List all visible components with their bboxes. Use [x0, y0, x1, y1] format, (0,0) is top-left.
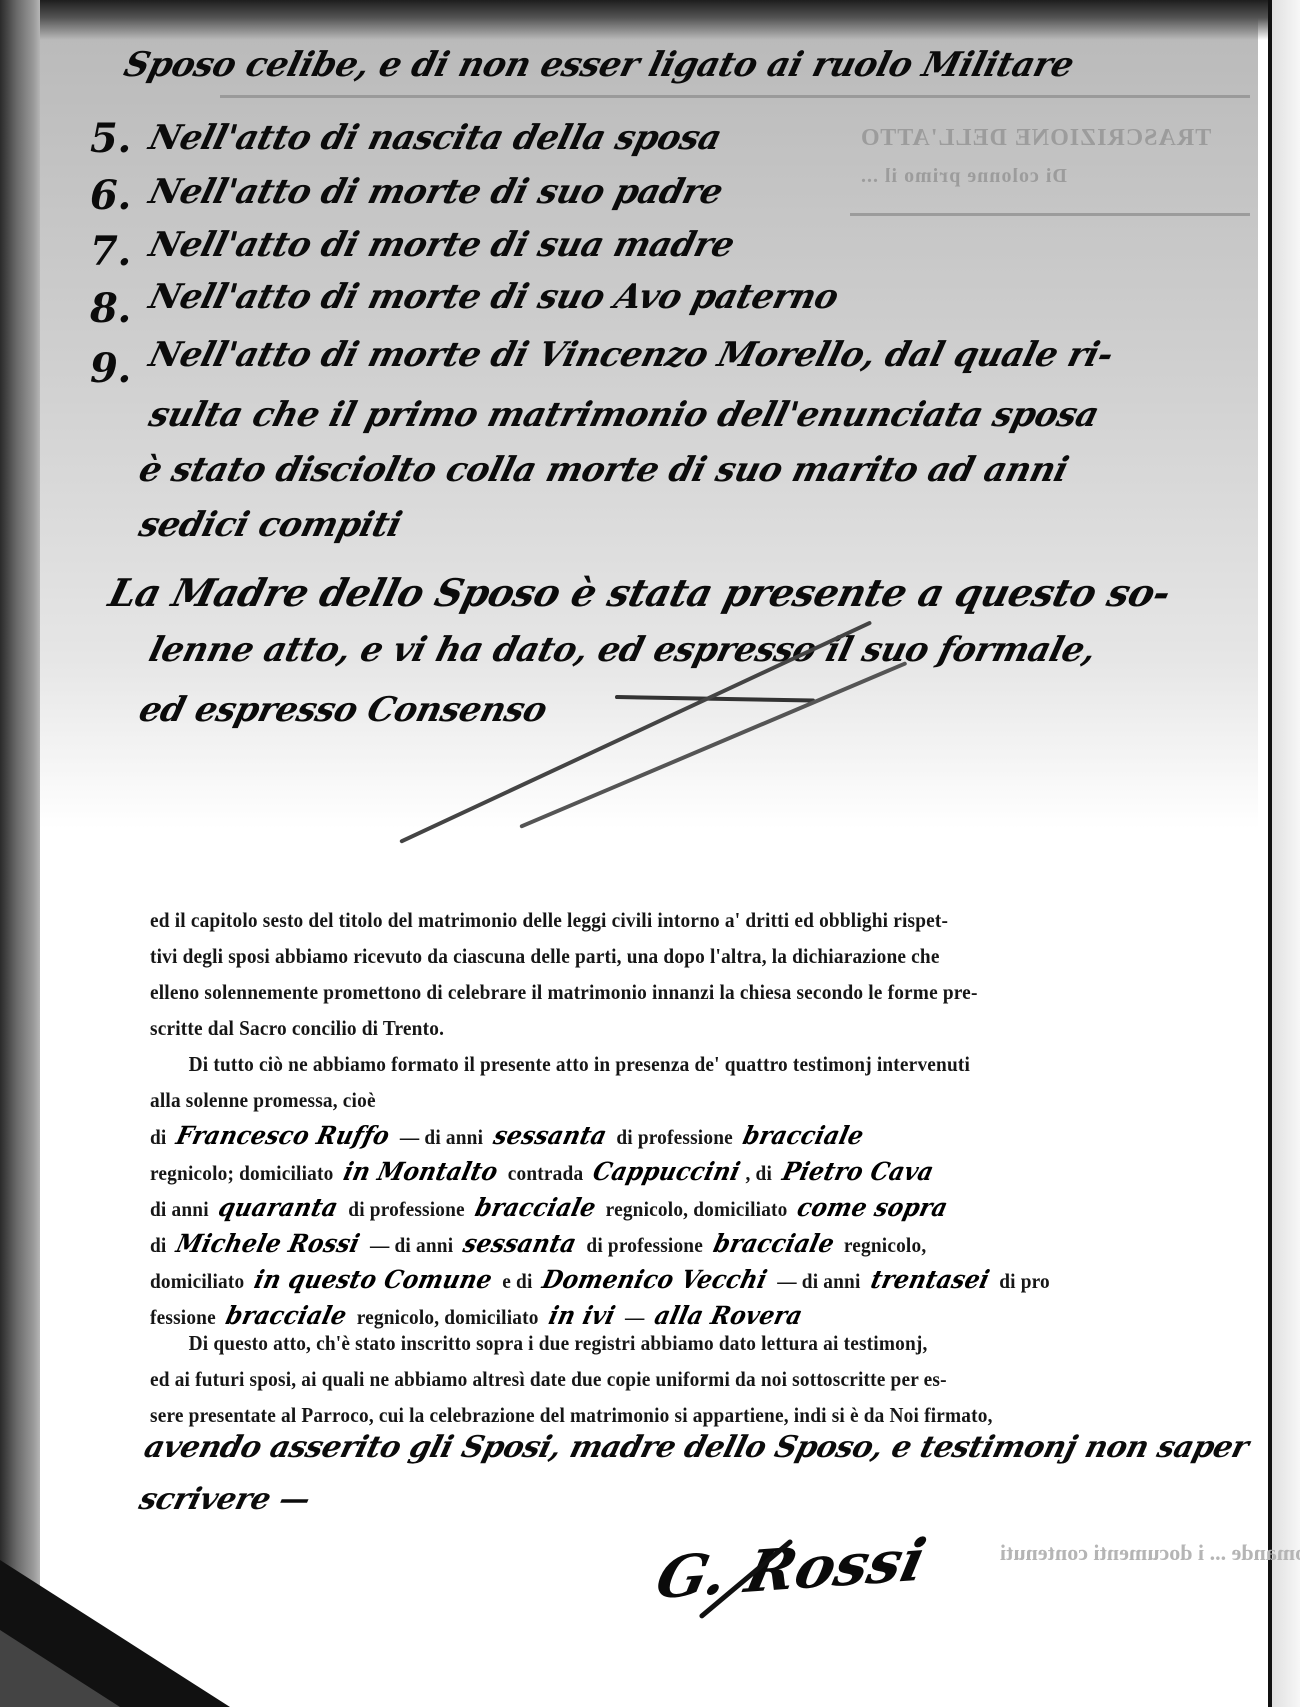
- handwritten-fill: Cappuccini: [590, 1154, 744, 1190]
- top-scan-shadow: [40, 0, 1300, 40]
- handwritten-fill: sessanta: [490, 1118, 610, 1154]
- printed-text: regnicolo; domiciliato: [150, 1161, 338, 1185]
- printed-text: — di anni: [365, 1233, 458, 1257]
- hw-closing-line: avendo asserito gli Sposi, madre dello S…: [141, 1430, 1252, 1465]
- bleed-rule-top: [220, 95, 1250, 98]
- handwritten-fill: sessanta: [460, 1226, 580, 1262]
- printed-line: ed il capitolo sesto del titolo del matr…: [150, 902, 1199, 938]
- handwritten-fill: trentasei: [867, 1262, 993, 1298]
- printed-text: — di anni: [772, 1269, 865, 1293]
- handwritten-fill: in questo Comune: [251, 1262, 496, 1298]
- handwritten-fill: Pietro Cava: [778, 1154, 937, 1190]
- printed-line: Di questo atto, ch'è stato inscritto sop…: [150, 1325, 1199, 1361]
- witness-line: di Francesco Ruffo — di anni sessanta di…: [150, 1118, 1199, 1154]
- printed-text: contrada: [503, 1161, 589, 1185]
- printed-text: domiciliato: [150, 1269, 249, 1293]
- handwritten-fill: Domenico Vecchi: [539, 1262, 771, 1298]
- hw-mother-consent-line: ed espresso Consenso: [135, 690, 551, 730]
- page-fold-inner: [0, 1630, 120, 1707]
- printed-line: tivi degli sposi abbiamo ricevuto da cia…: [150, 938, 1199, 974]
- bleed-subheader: Di colonne primo il ...: [860, 165, 1067, 188]
- witness-lines: di Francesco Ruffo — di anni sessanta di…: [150, 1118, 1199, 1334]
- printed-line: Di tutto ciò ne abbiamo formato il prese…: [150, 1046, 1199, 1082]
- printed-paragraph-2: Di tutto ciò ne abbiamo formato il prese…: [150, 1046, 1199, 1334]
- printed-text: , di: [746, 1161, 778, 1185]
- hw-item-number: 9.: [90, 345, 131, 392]
- witness-line: regnicolo; domiciliato in Montalto contr…: [150, 1154, 1199, 1190]
- printed-text: di professione: [343, 1197, 470, 1221]
- printed-text: e di: [497, 1269, 537, 1293]
- hw-continuation-line: è stato disciolto colla morte di suo mar…: [135, 450, 1072, 490]
- handwritten-fill: in Montalto: [340, 1154, 502, 1190]
- hw-line-sposo-celibe: Sposo celibe, e di non esser ligato ai r…: [120, 45, 1078, 85]
- handwritten-fill: Francesco Ruffo: [173, 1118, 394, 1154]
- printed-paragraph-3: Di questo atto, ch'è stato inscritto sop…: [150, 1325, 1199, 1433]
- printed-text: regnicolo,: [839, 1233, 927, 1257]
- bleed-header: TRASCRIZIONE DELL'ATTO: [860, 125, 1211, 152]
- bleed-rule-mid: [850, 213, 1250, 216]
- hw-item-number: 6.: [90, 172, 131, 219]
- hw-continuation-line: sulta che il primo matrimonio dell'enunc…: [145, 395, 1103, 435]
- printed-text: — di anni: [395, 1125, 488, 1149]
- witness-line: di anni quaranta di professione braccial…: [150, 1190, 1199, 1226]
- right-margin: [1272, 0, 1300, 1707]
- hw-mother-consent-line: lenne atto, e vi ha dato, ed espresso il…: [145, 630, 1100, 670]
- printed-text: di: [150, 1233, 172, 1257]
- printed-line: alla solenne promessa, cioè: [150, 1082, 1199, 1118]
- hw-item-number: 5.: [90, 115, 131, 162]
- bleed-bottom: Ne avendolo le loro domande ... i docume…: [1000, 1540, 1300, 1566]
- witness-line: di Michele Rossi — di anni sessanta di p…: [150, 1226, 1199, 1262]
- handwritten-fill: come sopra: [794, 1190, 952, 1226]
- hw-item-number: 8.: [90, 285, 131, 332]
- printed-text: di professione: [611, 1125, 738, 1149]
- printed-paragraph-1: ed il capitolo sesto del titolo del matr…: [150, 902, 1199, 1046]
- hw-item-text: Nell'atto di morte di sua madre: [145, 225, 738, 265]
- printed-text: di anni: [150, 1197, 214, 1221]
- handwritten-fill: quaranta: [215, 1190, 342, 1226]
- handwritten-fill: bracciale: [739, 1118, 867, 1154]
- handwritten-fill: Michele Rossi: [173, 1226, 364, 1262]
- hw-item-text: Nell'atto di nascita della sposa: [145, 118, 725, 158]
- hw-item-text: Nell'atto di morte di suo Avo paterno: [145, 277, 842, 317]
- witness-line: domiciliato in questo Comune e di Domeni…: [150, 1262, 1199, 1298]
- hw-continuation-line: sedici compiti: [135, 505, 406, 545]
- printed-line: ed ai futuri sposi, ai quali ne abbiamo …: [150, 1361, 1199, 1397]
- handwritten-fill: bracciale: [709, 1226, 837, 1262]
- hw-item-text: Nell'atto di morte di Vincenzo Morello, …: [145, 335, 1117, 375]
- printed-line: sere presentate al Parroco, cui la celeb…: [150, 1397, 1199, 1433]
- printed-text: regnicolo, domiciliato: [601, 1197, 793, 1221]
- handwritten-fill: bracciale: [471, 1190, 599, 1226]
- hw-closing-line: scrivere —: [136, 1482, 314, 1517]
- printed-text: di professione: [581, 1233, 708, 1257]
- printed-line: scritte dal Sacro concilio di Trento.: [150, 1010, 1199, 1046]
- printed-text: di pro: [994, 1269, 1050, 1293]
- hw-mother-consent-line: La Madre dello Sposo è stata presente a …: [104, 570, 1175, 615]
- printed-text: di: [150, 1125, 172, 1149]
- hw-item-number: 7.: [90, 228, 131, 275]
- hw-item-text: Nell'atto di morte di suo padre: [145, 172, 727, 212]
- printed-line: elleno solennemente promettono di celebr…: [150, 974, 1199, 1010]
